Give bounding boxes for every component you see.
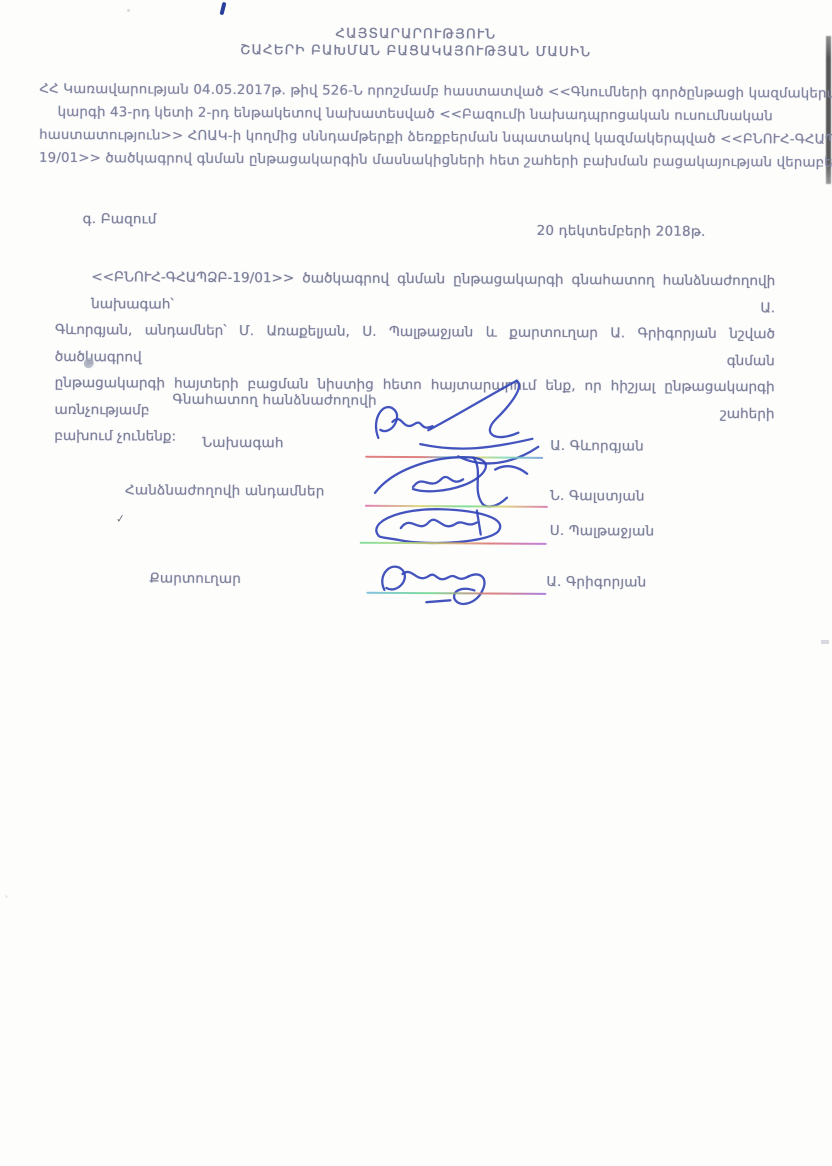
member2-name: Ս. Պալթաջյան — [550, 523, 655, 540]
place-label: գ. Բազում — [83, 211, 157, 227]
scanned-page: ՝ ՀԱՅՏԱՐԱՐՈՒԹՅՈՒՆ ՇԱՀԵՐԻ ԲԱԽՄԱՆ ԲԱՑԱԿԱՅՈ… — [0, 0, 832, 1166]
secretary-signature — [368, 550, 538, 613]
preamble: ՀՀ Կառավարության 04.05.2017թ. թիվ 526-Ն … — [39, 78, 792, 175]
body-line: <<ԲՆՈՒՀ-ԳՀԱՊՁԲ-19/01>> ծածկագրով գնման ը… — [55, 264, 775, 321]
chairman-role-label: Նախագահ — [202, 435, 283, 451]
member1-name: Ն. Գալստյան — [550, 488, 645, 505]
chairman-name: Ա. Գևորգյան — [550, 438, 644, 455]
preamble-line: 19/01>> ծածկագրով գնման ընթացակարգին մաս… — [39, 147, 791, 175]
date-label: 20 դեկտեմբերի 2018թ. — [537, 223, 706, 240]
document-content: ՀԱՅՏԱՐԱՐՈՒԹՅՈՒՆ ՇԱՀԵՐԻ ԲԱԽՄԱՆ ԲԱՑԱԿԱՅՈՒԹ… — [0, 0, 832, 1166]
check-mark: ✓ — [115, 512, 125, 526]
members-role-label: Հանձնաժողովի անդամներ — [125, 482, 325, 499]
member2-signature — [359, 500, 519, 556]
secretary-name: Ա. Գրիգորյան — [546, 574, 646, 591]
body-line: Գևորգյան, անդամներ՝ Մ. Առաքելյան, Ս. Պալ… — [55, 317, 775, 374]
secretary-role-label: Քարտուղար — [149, 570, 241, 587]
committee-label: Գնահատող հանձնաժողովի — [173, 392, 377, 409]
